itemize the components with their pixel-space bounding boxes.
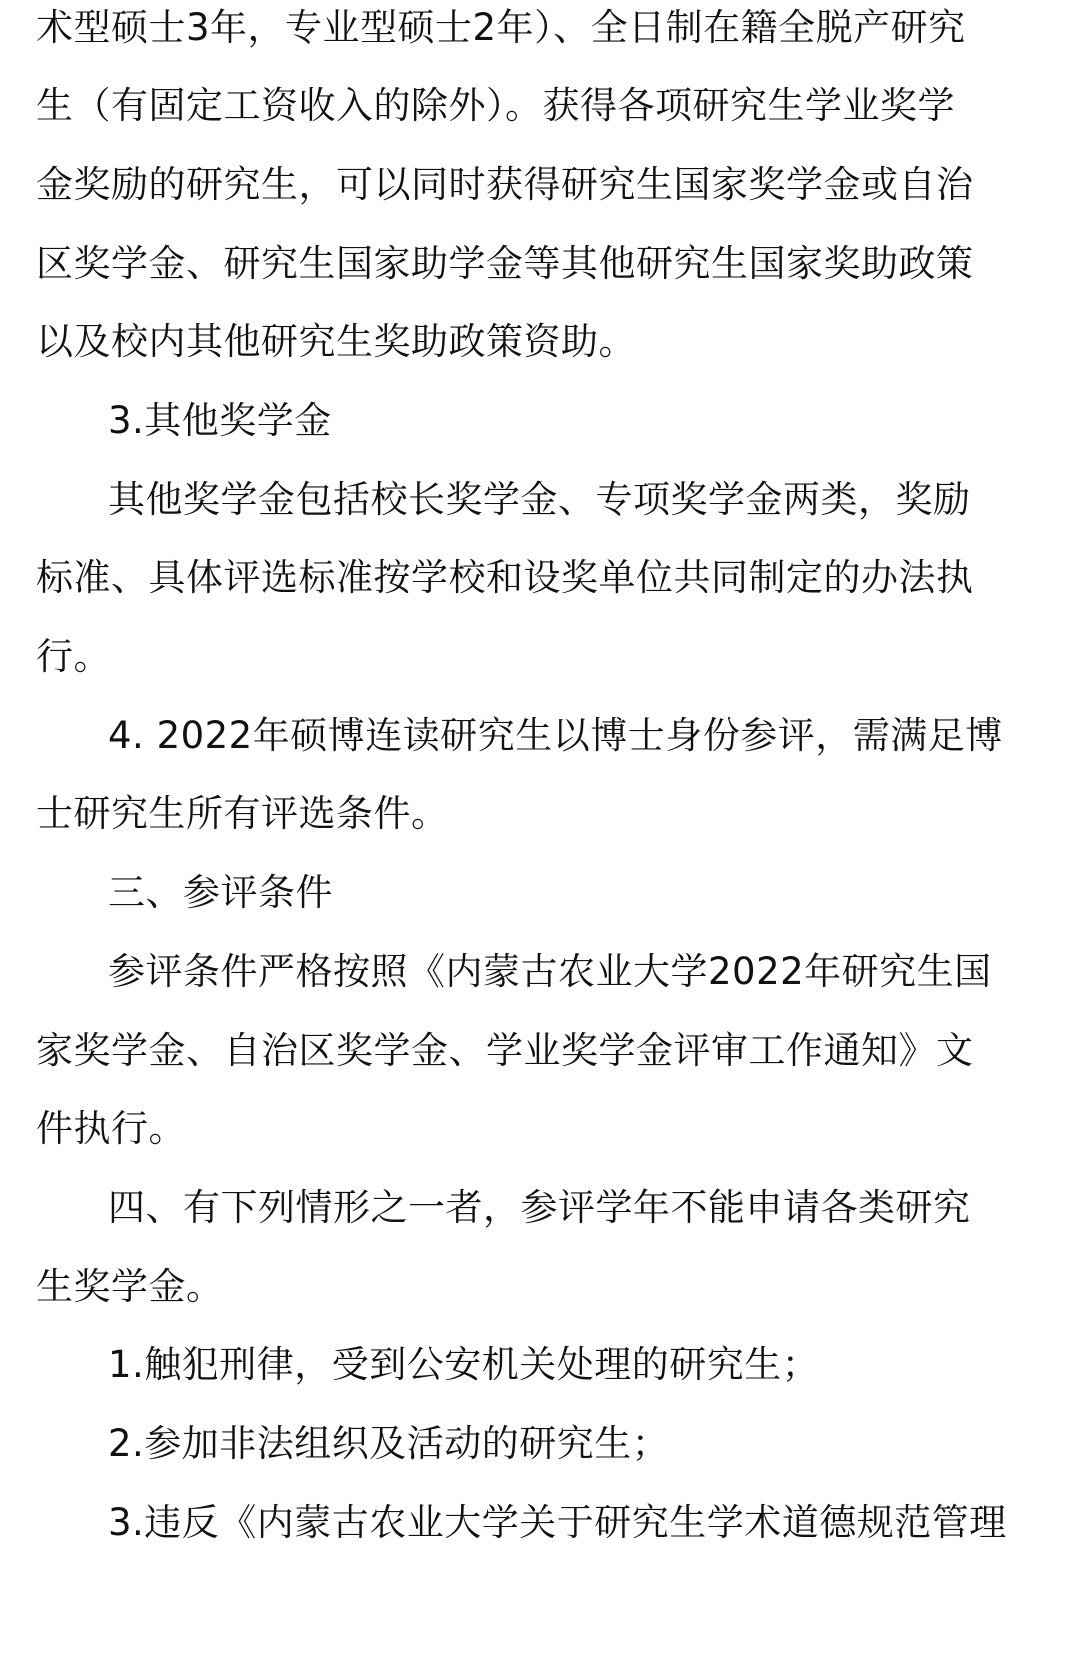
text-line: 件执行。 (36, 1099, 186, 1159)
text-line: 行。 (36, 627, 111, 687)
text-line: 其他奖学金包括校长奖学金、专项奖学金两类，奖励 (108, 470, 971, 530)
text-line: 区奖学金、研究生国家助学金等其他研究生国家奖助政策 (36, 234, 974, 294)
document-body: 术型硕士3年，专业型硕士2年）、全日制在籍全脱产研究 生（有固定工资收入的除外）… (0, 0, 1080, 1664)
list-item: 3.违反《内蒙古农业大学关于研究生学术道德规范管理 (108, 1493, 1007, 1553)
text-line: 生奖学金。 (36, 1257, 224, 1317)
section-heading: 三、参评条件 (108, 863, 333, 923)
section-heading: 3.其他奖学金 (108, 391, 332, 451)
text-line: 标准、具体评选标准按学校和设奖单位共同制定的办法执 (36, 548, 974, 608)
list-item: 1.触犯刑律，受到公安机关处理的研究生； (108, 1335, 819, 1395)
text-line: 生（有固定工资收入的除外）。获得各项研究生学业奖学 (36, 76, 955, 136)
text-line: 以及校内其他研究生奖助政策资助。 (36, 312, 636, 372)
list-item: 2.参加非法组织及活动的研究生； (108, 1414, 669, 1474)
text-line: 士研究生所有评选条件。 (36, 784, 449, 844)
text-line: 参评条件严格按照《内蒙古农业大学2022年研究生国 (108, 942, 992, 1002)
text-line: 术型硕士3年，专业型硕士2年）、全日制在籍全脱产研究 (36, 0, 966, 58)
text-line: 家奖学金、自治区奖学金、学业奖学金评审工作通知》文 (36, 1021, 974, 1081)
section-heading: 四、有下列情形之一者，参评学年不能申请各类研究 (108, 1178, 971, 1238)
text-line: 金奖励的研究生，可以同时获得研究生国家奖学金或自治 (36, 155, 974, 215)
text-line: 4. 2022年硕博连读研究生以博士身份参评，需满足博 (108, 706, 1003, 766)
